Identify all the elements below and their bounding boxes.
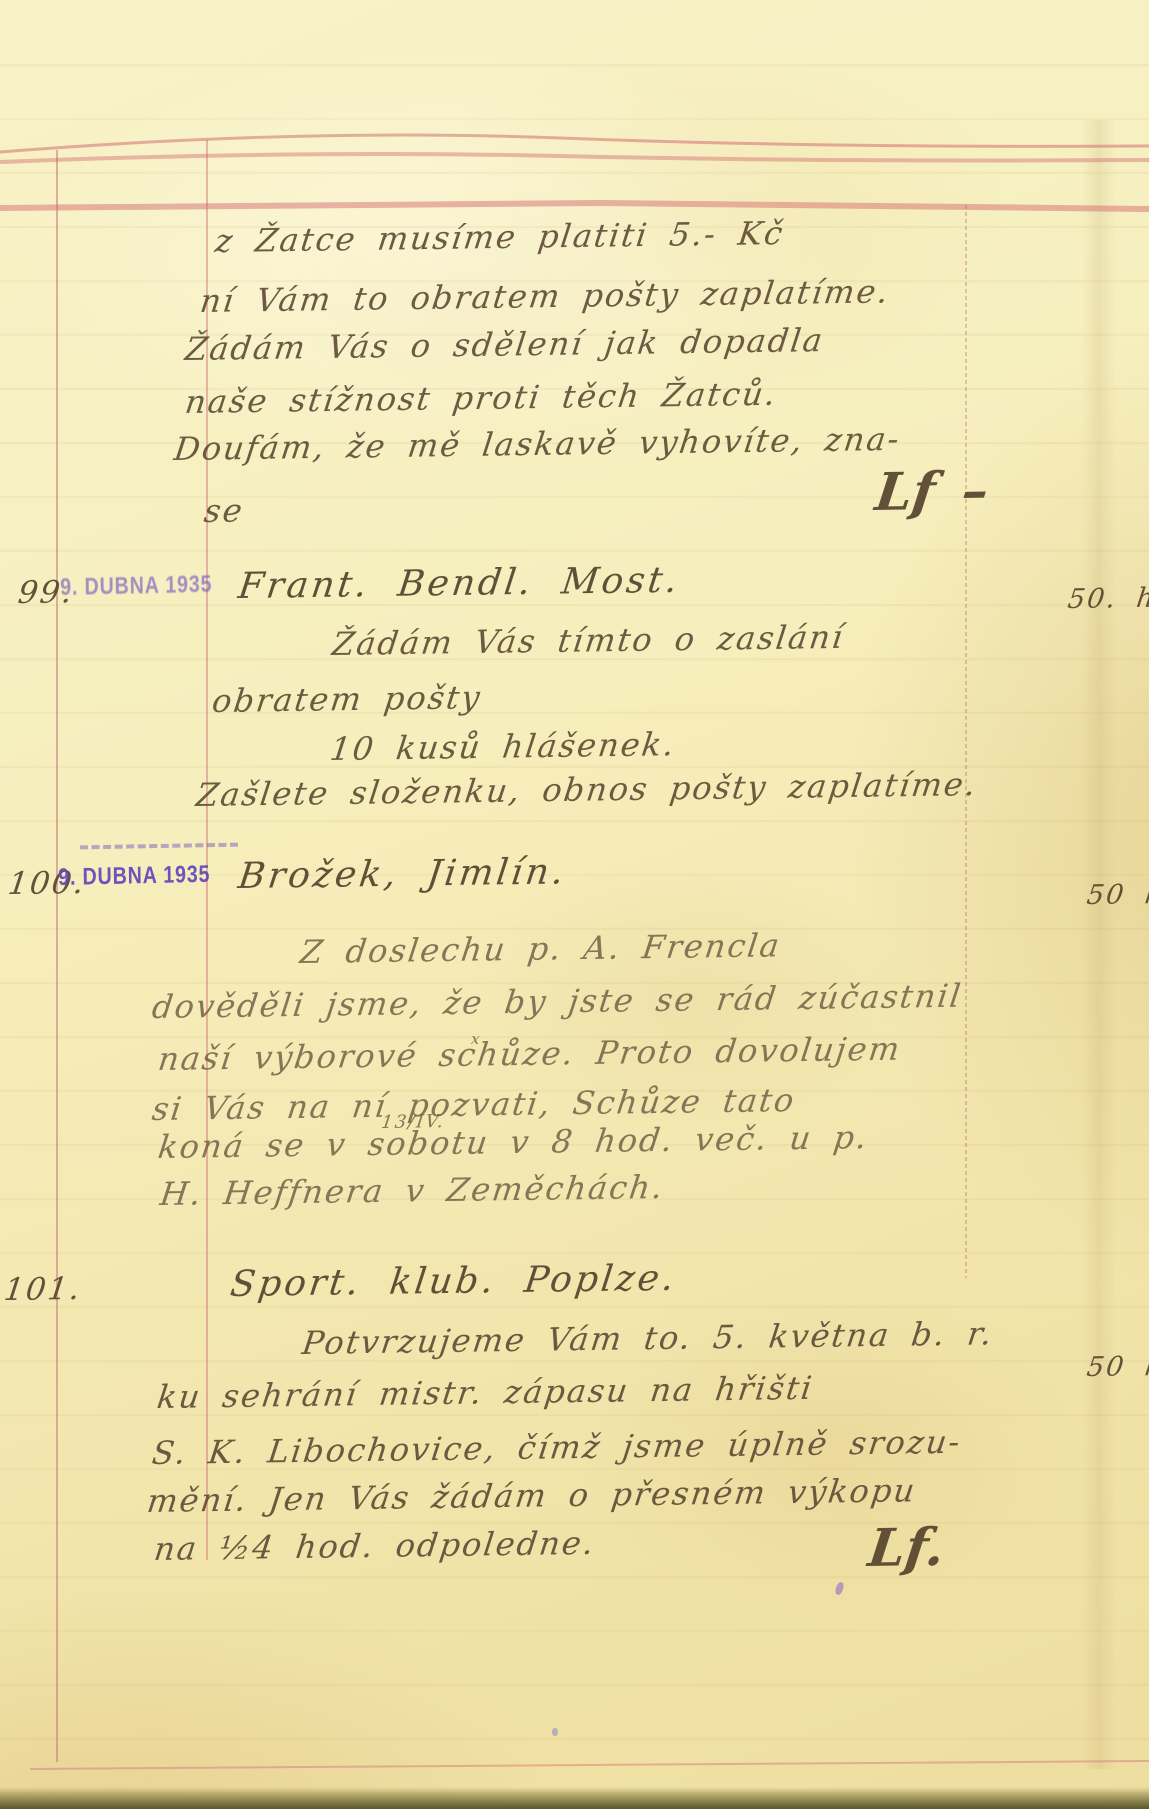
handwritten-line: naše stížnost proti těch Žatců. — [183, 375, 780, 421]
handwritten-line: ní Vám to obratem pošty zaplatíme. — [198, 272, 892, 320]
handwritten-line: se — [202, 491, 246, 530]
ink-speck — [552, 1728, 558, 1736]
entry-heading: Frant. Bendl. Most. — [236, 560, 683, 607]
signature-initials: Lf – — [872, 460, 992, 523]
ledger-page: z Žatce musíme platiti 5.- Kč ní Vám to … — [0, 0, 1149, 1809]
signature-initials: Lf. — [865, 1517, 948, 1579]
entry-body-line: obratem pošty — [210, 678, 484, 720]
handwritten-line: Žádám Vás o sdělení jak dopadla — [183, 321, 826, 368]
entry-body-line: na ½4 hod. odpoledne. — [152, 1524, 598, 1568]
entry-body-line: S. K. Libochovice, čímž jsme úplně srozu… — [150, 1423, 964, 1472]
entry-body-line: naší výborové schůze. Proto dovolujem — [156, 1030, 904, 1078]
scan-edge — [0, 1787, 1149, 1809]
entry-body-line: 10 kusů hlášenek. — [328, 725, 678, 768]
entry-body-line: Z doslechu p. A. Frencla — [298, 926, 783, 971]
entry-body-line: H. Heffnera v Zeměchách. — [158, 1168, 667, 1213]
entry-body-line: mění. Jen Vás žádám o přesném výkopu — [145, 1471, 919, 1520]
entry-body-line: dověděli jsme, že by jste se rád zúčastn… — [150, 977, 965, 1026]
handwritten-line: Doufám, že mě laskavě vyhovíte, zna- — [172, 420, 903, 468]
entry-body-line: Žádám Vás tímto o zaslání — [330, 618, 847, 663]
ink-speck — [834, 1581, 845, 1596]
date-stamp: 9. DUBNA 1935 — [60, 571, 213, 602]
date-stamp: 9. DUBNA 1935 — [58, 861, 211, 892]
entry-heading: Brožek, Jimlín. — [236, 851, 569, 897]
entry-heading: Sport. klub. Poplze. — [228, 1258, 679, 1305]
entry-body-line: ku sehrání mistr. zápasu na hřišti — [155, 1369, 816, 1416]
fee-note: 50. h — [1066, 583, 1149, 615]
fee-note: 50 h — [1085, 879, 1149, 911]
fee-note: 50 h, — [1085, 1351, 1149, 1383]
entry-body-line: Potvrzujeme Vám to. 5. května b. r. — [300, 1314, 996, 1362]
handwritten-line: z Žatce musíme platiti 5.- Kč — [213, 214, 787, 260]
paper-crease — [1082, 120, 1116, 1769]
entry-body-line: Zašlete složenku, obnos pošty zaplatíme. — [194, 765, 980, 814]
margin-entry-number: 101. — [2, 1271, 84, 1308]
stamp-remnant-marks — [80, 843, 238, 850]
